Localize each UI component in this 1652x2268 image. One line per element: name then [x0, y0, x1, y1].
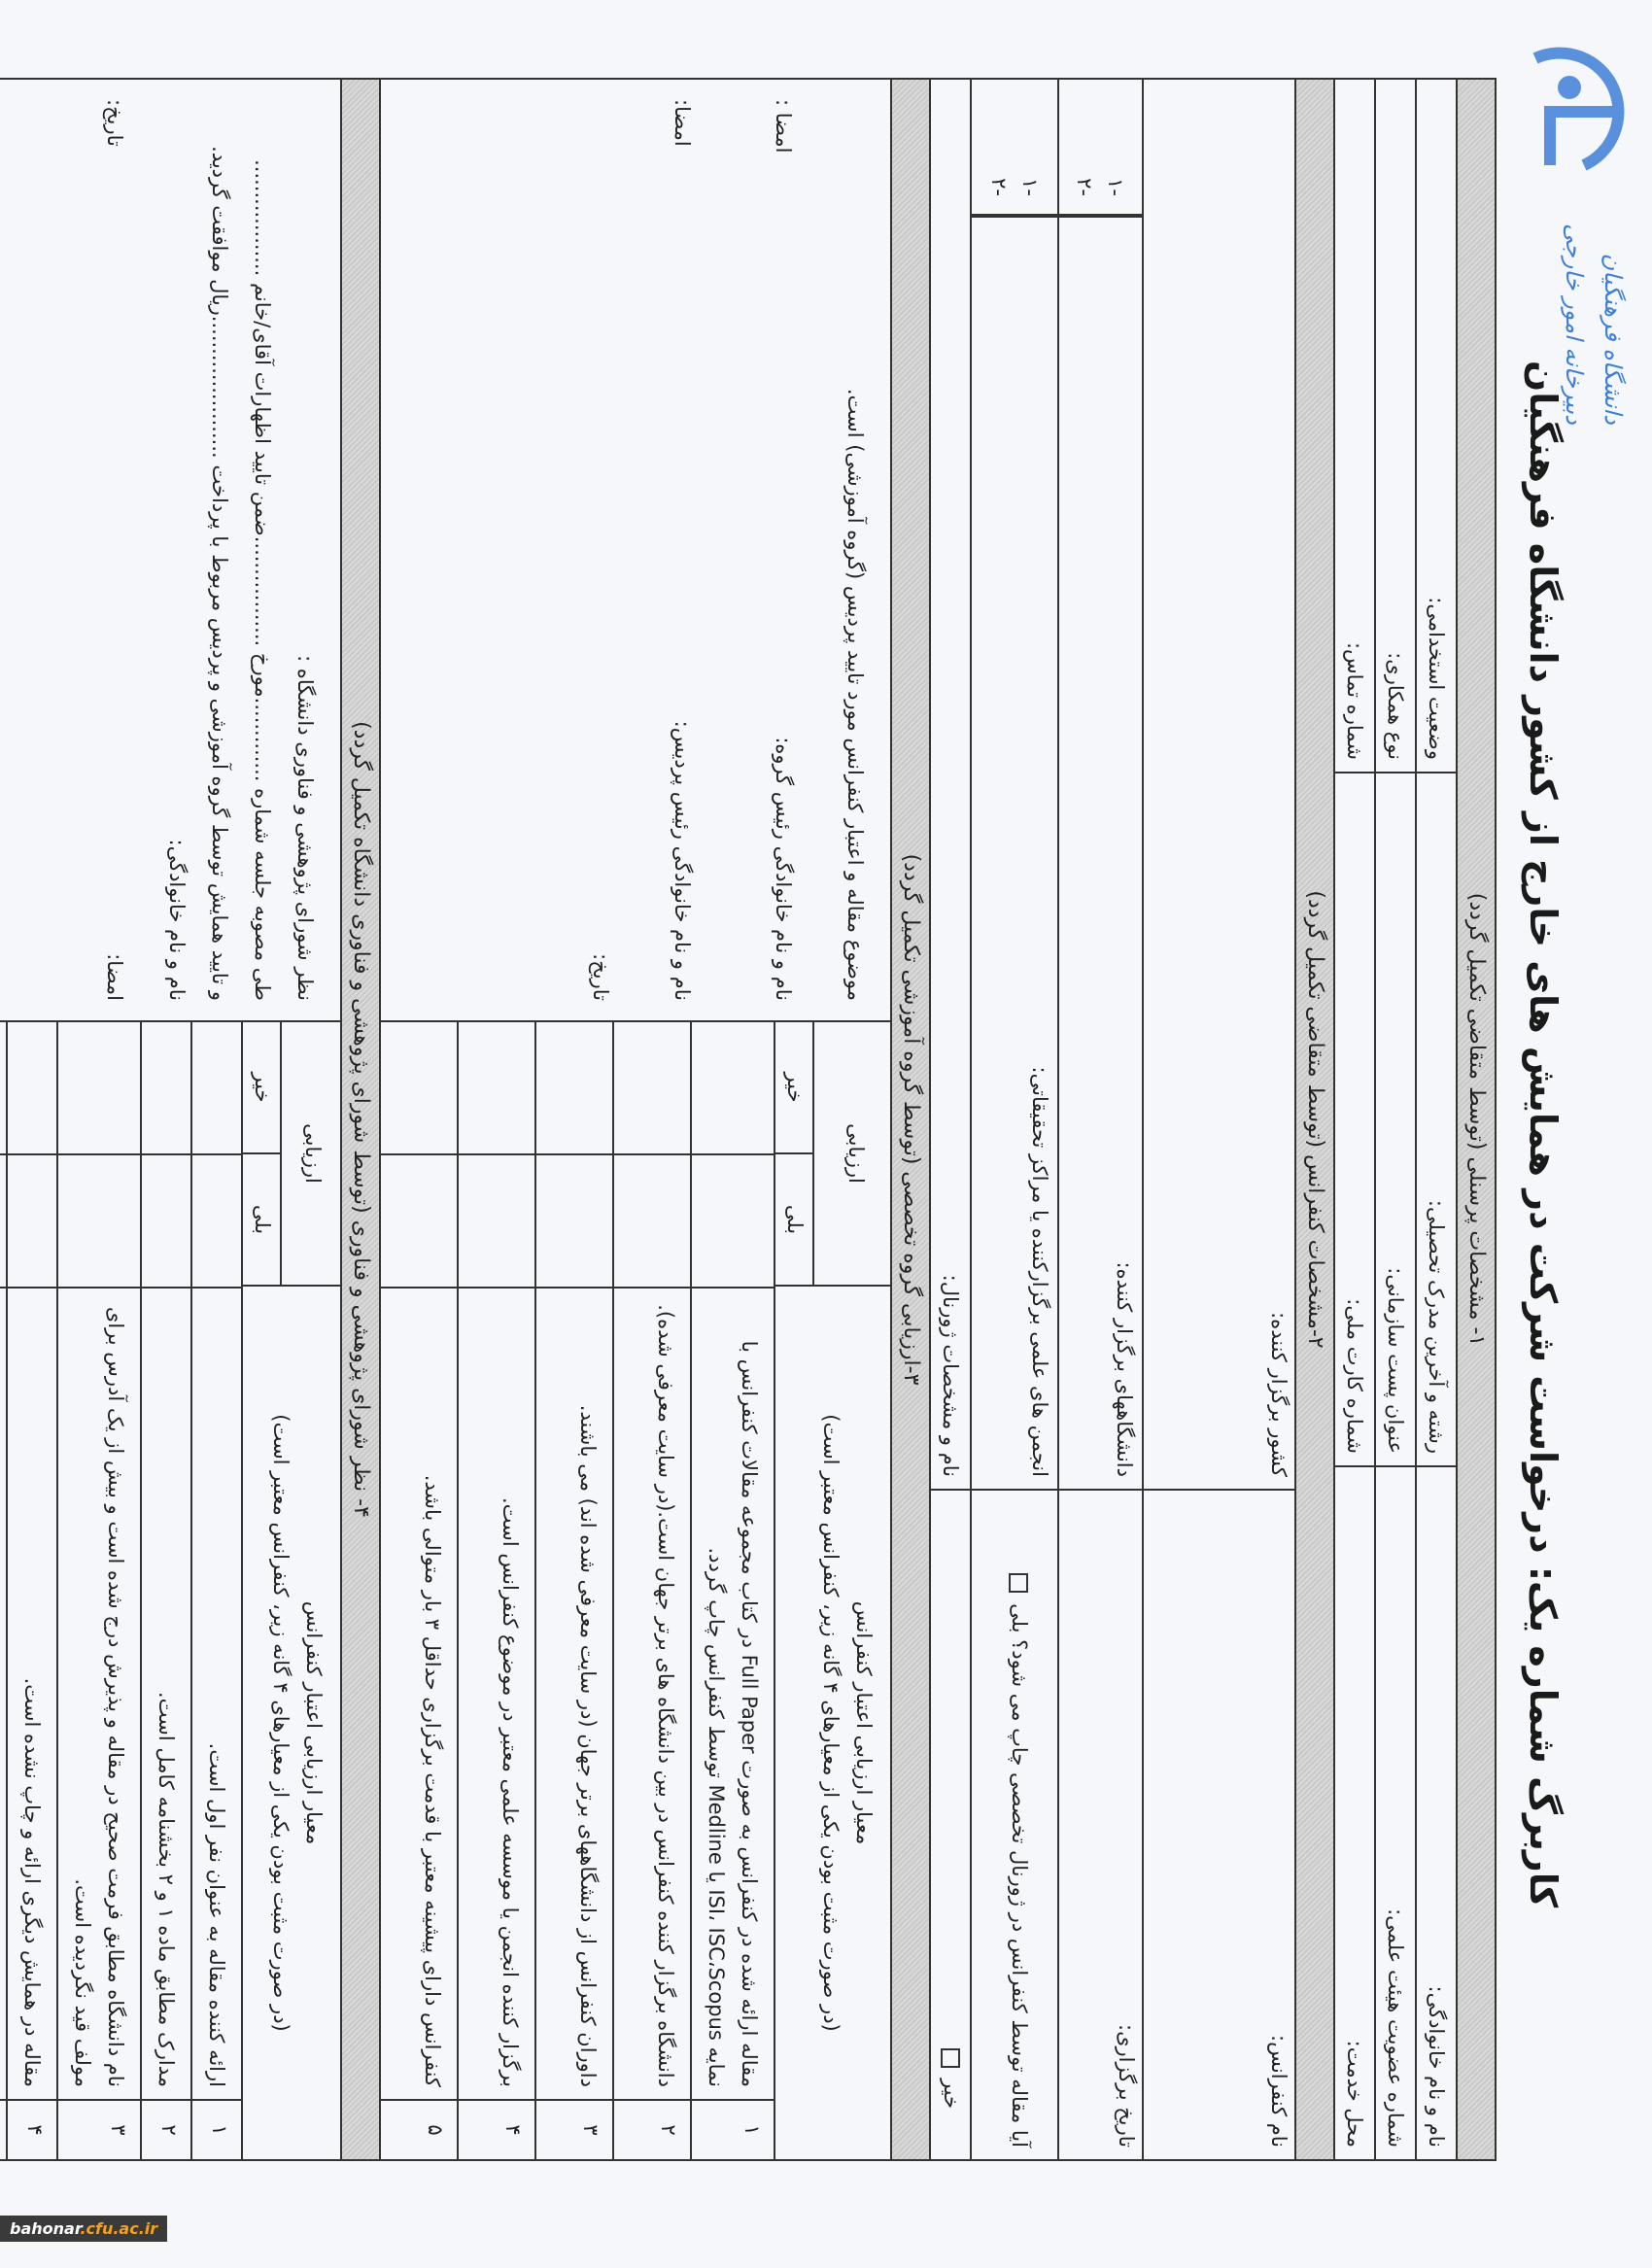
criteria-no-cell[interactable]	[142, 1022, 190, 1153]
section4-council: نظر شورای پژوهشی و فناوری دانشگاه : طی م…	[0, 80, 340, 1020]
criteria-yes-cell[interactable]	[459, 1153, 534, 1287]
criteria-text: مقاله در مجموعه مقالات کنفرانس چاپ می گر…	[0, 1287, 6, 2099]
section3-criteria-header: معیار ارزیابی اعتبار کنفرانس (در صورت مث…	[774, 1022, 890, 2159]
no-label: خیر	[243, 1022, 280, 1152]
host-university-1[interactable]: -۱	[1105, 80, 1128, 196]
field-phone[interactable]: شماره تماس:	[1335, 80, 1374, 772]
criteria-yes-cell[interactable]	[142, 1153, 190, 1287]
section2-row-conference: نام کنفرانس: کشور برگزار کننده:	[1142, 80, 1294, 2159]
logo-caption: دانشگاه فرهنگیان دبیرخانه امور خارجی	[1555, 223, 1633, 425]
eval-label: ارزیابی	[280, 1022, 340, 1285]
criteria-no-cell[interactable]	[614, 1022, 690, 1153]
criteria-number: ۴	[459, 2099, 534, 2159]
criteria-row: ۱مقاله ارائه شده در کنفرانس به صورت Full…	[690, 1022, 774, 2159]
council-signature[interactable]: امضا:	[93, 953, 136, 1001]
criteria-row: ۲مدارک مطابق ماده ۱ و ۲ بخشنامه کامل است…	[140, 1022, 190, 2159]
council-member-name[interactable]: نام و نام خانوادگی:	[155, 99, 198, 1001]
criteria-text: کنفرانس دارای پیشینه معتبر با قدمت برگزا…	[381, 1287, 457, 2099]
criteria-number: ۲	[614, 2099, 690, 2159]
criteria-yes-cell[interactable]	[192, 1153, 241, 1287]
form-table: ۱- مشخصات پرسنلی (توسط متقاضی تکمیل گردد…	[0, 78, 1497, 2161]
field-employment-status[interactable]: وضعیت استخدامی:	[1417, 80, 1456, 772]
criteria-row: ۱ارائه کننده مقاله به عنوان نفر اول است.	[190, 1022, 241, 2159]
criteria-text: نام دانشگاه مطابق فرمت صحیح در مقاله و پ…	[58, 1287, 140, 2099]
section4-body: معیار ارزیابی اعتبار کنفرانس (در صورت مث…	[0, 80, 340, 2159]
criteria-text: ارائه کننده مقاله به عنوان نفر اول است.	[192, 1287, 241, 2099]
section3-criteria: معیار ارزیابی اعتبار کنفرانس (در صورت مث…	[381, 1020, 890, 2159]
criteria-number: ۵	[0, 2099, 6, 2159]
criteria-row: ۳نام دانشگاه مطابق فرمت صحیح در مقاله و …	[56, 1022, 140, 2159]
watermark: bahonar.cfu.ac.ir	[0, 2216, 167, 2242]
section2-row-date: تاریخ برگزاری: دانشگاههای برگزار کننده: …	[1057, 80, 1142, 2159]
criteria-text: مدارک مطابق ماده ۱ و ۲ بخشنامه کامل است.	[142, 1287, 190, 2099]
criteria-yes-cell[interactable]	[381, 1153, 457, 1287]
eval-label: ارزیابی	[812, 1022, 890, 1285]
criteria-yes-cell[interactable]	[536, 1153, 612, 1287]
criteria-no-cell[interactable]	[8, 1022, 56, 1153]
section1-row: شماره عضویت هیئت علمی: عنوان پست سازمانی…	[1374, 80, 1415, 2159]
group-head-name[interactable]: نام و نام خانوادگی رئیس گروه:	[762, 737, 805, 1001]
field-host-universities[interactable]: دانشگاههای برگزار کننده:	[1059, 216, 1142, 1489]
form-page: کاربرگ شماره یک: درخواست شرکت در همایش ه…	[0, 0, 1652, 2268]
criteria-no-cell[interactable]	[381, 1022, 457, 1153]
section3-body: معیار ارزیابی اعتبار کنفرانس (در صورت مث…	[381, 80, 890, 2159]
no-label: خیر	[775, 1022, 812, 1152]
field-full-name[interactable]: نام و نام خانوادگی:	[1417, 1465, 1456, 2159]
host-universities-items: -۱ -۲	[1059, 80, 1142, 216]
university-logo	[1497, 19, 1642, 214]
criteria-text: برگزار کننده انجمن یا موسسه علمی معتبر د…	[459, 1287, 534, 2099]
field-faculty-membership-number[interactable]: شماره عضویت هیئت علمی:	[1376, 1465, 1415, 2159]
criteria-row: ۴مقاله در همایش دیگری ارائه و چاپ نشده ا…	[6, 1022, 56, 2159]
criteria-row: ۲دانشگاه برگزار کننده کنفرانس در بین دان…	[612, 1022, 690, 2159]
journal-question-text: آیا مقاله توسط کنفرانس در ژورنال تخصصی چ…	[1008, 1603, 1031, 2148]
criteria-text: دانشگاه برگزار کننده کنفرانس در بین دانش…	[614, 1287, 690, 2099]
societies-items: -۱ -۲	[972, 80, 1057, 216]
campus-head-name[interactable]: نام و نام خانوادگی رئیس پردیس:	[661, 721, 704, 1001]
criteria-no-cell[interactable]	[692, 1022, 774, 1153]
field-societies[interactable]: انجمن های علمی برگزارکننده یا مراکز تحقی…	[972, 216, 1057, 1489]
society-2[interactable]: -۲	[987, 80, 1011, 196]
section1-row: نام و نام خانوادگی: رشته و آخرین مدرک تح…	[1415, 80, 1456, 2159]
criteria-number: ۴	[8, 2099, 56, 2159]
section3-approval: موضوع مقاله و اعتبار کنفرانس مورد تایید …	[381, 80, 890, 1020]
council-line2[interactable]: طی مصوبه جلسه شماره .............مورخ ..…	[241, 99, 284, 1001]
field-national-id[interactable]: شماره کارت ملی:	[1335, 772, 1374, 1465]
criteria-no-cell[interactable]	[58, 1022, 140, 1153]
field-host-country[interactable]: کشور برگزار کننده:	[1144, 80, 1294, 1489]
section1-row: محل خدمت: شماره کارت ملی: شماره تماس:	[1333, 80, 1374, 2159]
campus-head-signature[interactable]: امضا:	[661, 99, 704, 147]
section4-criteria-header: معیار ارزیابی اعتبار کنفرانس (در صورت مث…	[241, 1022, 340, 2159]
council-date[interactable]: تاریخ:	[93, 99, 136, 147]
criteria-number: ۲	[142, 2099, 190, 2159]
criteria-row: ۳داوران کنفرانس از دانشگاههای برتر جهان …	[534, 1022, 612, 2159]
yes-label: بلی	[243, 1152, 280, 1285]
section4-criteria-title: معیار ارزیابی اعتبار کنفرانس (در صورت مث…	[243, 1285, 340, 2159]
host-universities-block: دانشگاههای برگزار کننده: -۱ -۲	[1059, 80, 1142, 1489]
section2-row-journal: آیا مقاله توسط کنفرانس در ژورنال تخصصی چ…	[970, 80, 1057, 2159]
field-conference-date[interactable]: تاریخ برگزاری:	[1059, 1489, 1142, 2159]
host-university-2[interactable]: -۲	[1074, 80, 1097, 196]
section3-date[interactable]: تاریخ:	[579, 99, 622, 1001]
criteria-text: مقاله در همایش دیگری ارائه و چاپ نشده اس…	[8, 1287, 56, 2099]
criteria-text: داوران کنفرانس از دانشگاههای برتر جهان (…	[536, 1287, 612, 2099]
criteria-number: ۱	[692, 2099, 774, 2159]
criteria-text: مقاله ارائه شده در کنفرانس به صورت Full …	[692, 1287, 774, 2099]
field-service-location[interactable]: محل خدمت:	[1335, 1465, 1374, 2159]
field-degree[interactable]: رشته و آخرین مدرک تحصیلی:	[1417, 772, 1456, 1465]
society-1[interactable]: -۱	[1018, 80, 1042, 196]
section1-header: ۱- مشخصات پرسنلی (توسط متقاضی تکمیل گردد…	[1456, 80, 1495, 2159]
section4-criteria: معیار ارزیابی اعتبار کنفرانس (در صورت مث…	[0, 1020, 340, 2159]
criteria-no-cell[interactable]	[192, 1022, 241, 1153]
field-conference-name[interactable]: نام کنفرانس:	[1144, 1489, 1294, 2159]
criteria-yes-cell[interactable]	[58, 1153, 140, 1287]
criteria-yes-cell[interactable]	[692, 1153, 774, 1287]
field-cooperation-type[interactable]: نوع همکاری:	[1376, 80, 1415, 772]
criteria-yes-cell[interactable]	[614, 1153, 690, 1287]
criteria-no-cell[interactable]	[536, 1022, 612, 1153]
section3-eval-header: ارزیابی بلیخیر	[775, 1022, 890, 1285]
yes-label: بلی	[775, 1152, 812, 1285]
criteria-yes-cell[interactable]	[0, 1153, 6, 1287]
field-position-title[interactable]: عنوان پست سازمانی:	[1376, 772, 1415, 1465]
journal-question: آیا مقاله توسط کنفرانس در ژورنال تخصصی چ…	[972, 1489, 1057, 2159]
criteria-number: ۱	[192, 2099, 241, 2159]
section4-eval-header: ارزیابی بلیخیر	[243, 1022, 340, 1285]
section2-header: ۲-مشخصات کنفرانس (توسط متقاضی تکمیل گردد…	[1294, 80, 1333, 2159]
field-journal-name[interactable]: نام و مشخصات ژورنال:	[931, 80, 970, 1489]
council-line1: نظر شورای پژوهشی و فناوری دانشگاه :	[284, 99, 327, 1001]
section2-row-journal-name: نام و مشخصات ژورنال:	[929, 80, 970, 2159]
criteria-no-cell[interactable]	[459, 1022, 534, 1153]
section3-criteria-title: معیار ارزیابی اعتبار کنفرانس (در صورت مث…	[775, 1285, 890, 2159]
criteria-number: ۵	[381, 2099, 457, 2159]
criteria-yes-cell[interactable]	[8, 1153, 56, 1287]
university-logo-icon	[1497, 19, 1642, 214]
societies-block: انجمن های علمی برگزارکننده یا مراکز تحقی…	[972, 80, 1057, 1489]
section3-header: ۳-ارزیابی گروه تخصصی (توسط گروه آموزشی ت…	[890, 80, 929, 2159]
criteria-row: ۵مقاله در مجموعه مقالات کنفرانس چاپ می گ…	[0, 1022, 6, 2159]
criteria-no-cell[interactable]	[0, 1022, 6, 1153]
approval-text: موضوع مقاله و اعتبار کنفرانس مورد تایید …	[834, 99, 877, 1001]
council-line3[interactable]: و تایید همایش توسط گروه آموزشی و پردیس م…	[198, 99, 241, 1001]
section4-header: ۴- نظر شورای پژوهشی و فناوری (توسط شورای…	[340, 80, 381, 2159]
criteria-number: ۳	[58, 2099, 140, 2159]
journal-spacer	[931, 1489, 970, 2159]
criteria-row: ۵کنفرانس دارای پیشینه معتبر با قدمت برگز…	[381, 1022, 457, 2159]
journal-yes-checkbox[interactable]	[1009, 1573, 1028, 1593]
group-head-signature[interactable]: امضا :	[762, 99, 805, 153]
criteria-number: ۳	[536, 2099, 612, 2159]
criteria-row: ۴برگزار کننده انجمن یا موسسه علمی معتبر …	[457, 1022, 534, 2159]
